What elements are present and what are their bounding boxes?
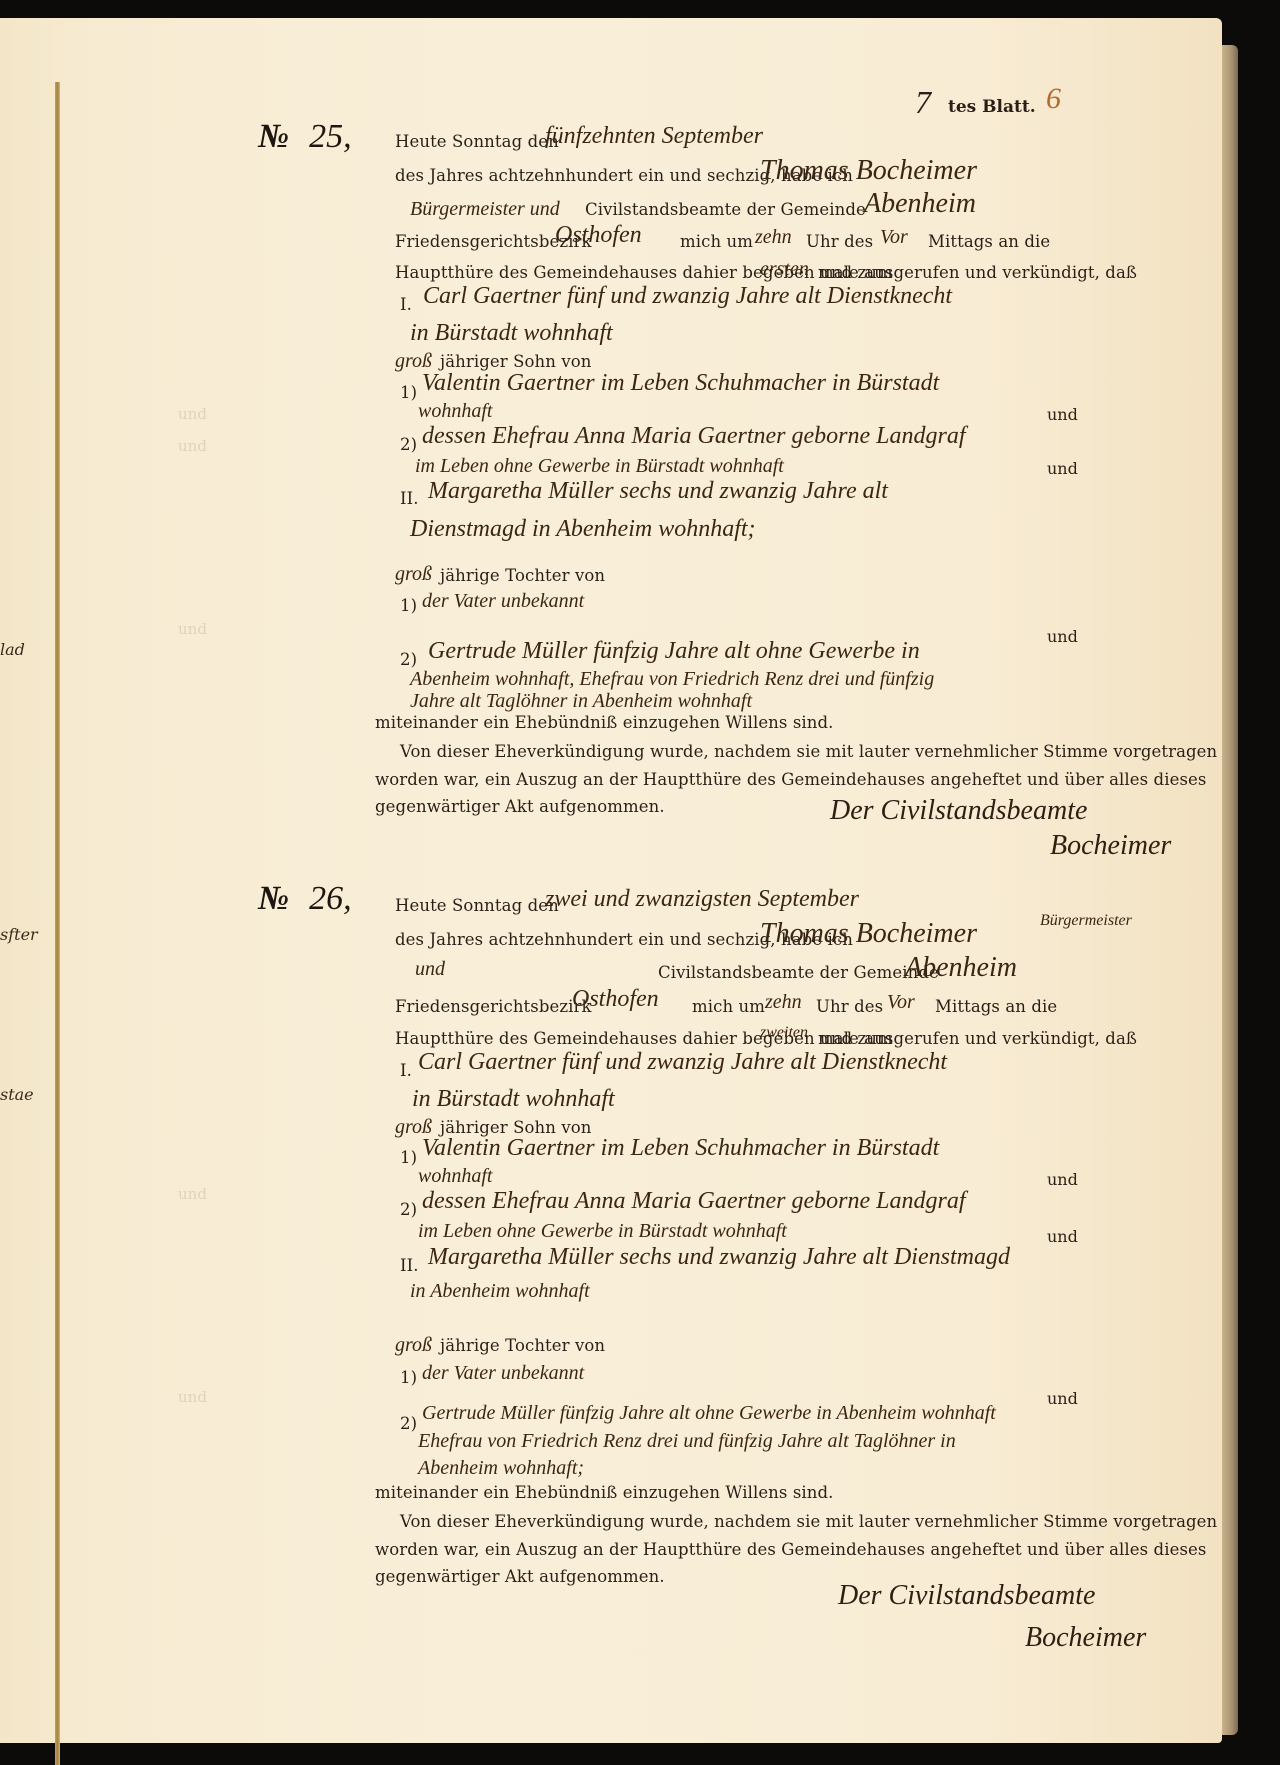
und-label: und: [1047, 459, 1078, 478]
groom-residence: in Bürstadt wohnhaft: [410, 320, 613, 347]
groom-residence: in Bürstadt wohnhaft: [412, 1086, 615, 1113]
closing-text: Von dieser Eheverkündigung wurde, nachde…: [400, 1512, 1217, 1531]
groom-details: Carl Gaertner fünf und zwanzig Jahre alt…: [423, 283, 952, 310]
entry-number: №26,: [258, 880, 352, 918]
signature-title: Der Civilstandsbeamte: [830, 795, 1087, 827]
am-pm-field: Vor: [880, 226, 908, 249]
entry-number: №25,: [258, 118, 352, 156]
groom-father-residence: wohnhaft: [418, 1165, 492, 1188]
sheet-label: tes Blatt.: [948, 97, 1036, 117]
printed-text: Civilstandsbeamte der Gemeinde: [658, 963, 939, 982]
printed-text: mich um: [680, 232, 753, 251]
closing-text: Von dieser Eheverkündigung wurde, nachde…: [400, 742, 1217, 761]
printed-text: Mittags an die: [935, 997, 1057, 1016]
groom-father: Valentin Gaertner im Leben Schuhmacher i…: [422, 1135, 939, 1162]
printed-text: 1): [400, 1148, 417, 1167]
bride-label: II.: [400, 489, 419, 508]
printed-text: male ausgerufen und verkündigt, daß: [818, 263, 1137, 282]
signature: Bocheimer: [1050, 830, 1171, 862]
printed-text: jährige Tochter von: [440, 566, 605, 585]
printed-text: Heute Sonntag den: [395, 896, 559, 915]
und-label: und: [1047, 1227, 1078, 1246]
court-district: Osthofen: [555, 222, 642, 249]
und-label: und: [1047, 405, 1078, 424]
bride-mother-husband: Jahre alt Taglöhner in Abenheim wohnhaft: [410, 690, 752, 713]
date-field: zwei und zwanzigsten September: [545, 886, 859, 913]
majority-prefix: groß: [395, 563, 432, 586]
groom-label: I.: [400, 1061, 412, 1080]
signature-title: Der Civilstandsbeamte: [838, 1580, 1095, 1612]
printed-text: Civilstandsbeamte der Gemeinde: [585, 200, 866, 219]
bride-residence: Dienstmagd in Abenheim wohnhaft;: [410, 516, 756, 543]
und-label: und: [1047, 1170, 1078, 1189]
printed-text: 2): [400, 1200, 417, 1219]
printed-text: male ausgerufen und verkündigt, daß: [818, 1029, 1137, 1048]
binding-gutter: [55, 82, 60, 1765]
bride-details: Margaretha Müller sechs und zwanzig Jahr…: [428, 478, 888, 505]
printed-text: 1): [400, 383, 417, 402]
printed-text: Uhr des: [816, 997, 883, 1016]
municipality: Abenheim: [905, 952, 1017, 984]
printed-text: Uhr des: [806, 232, 873, 251]
officer-title: und: [415, 958, 445, 981]
date-field: fünfzehnten September: [545, 123, 763, 150]
officer-name: Thomas Bocheimer: [760, 918, 977, 950]
bride-residence: in Abenheim wohnhaft: [410, 1280, 590, 1303]
bride-mother-residence: Abenheim wohnhaft;: [418, 1457, 584, 1480]
officer-title: Bürgermeister: [1040, 912, 1132, 930]
printed-text: Mittags an die: [928, 232, 1050, 251]
bride-mother-husband: Ehefrau von Friedrich Renz drei und fünf…: [418, 1430, 956, 1453]
court-district: Osthofen: [572, 986, 659, 1013]
officer-title: Bürgermeister und: [410, 198, 560, 221]
sheet-number: 7: [915, 84, 931, 121]
bride-mother: Gertrude Müller fünfzig Jahre alt ohne G…: [422, 1402, 996, 1425]
groom-details: Carl Gaertner fünf und zwanzig Jahre alt…: [418, 1049, 947, 1076]
printed-text: Friedensgerichtsbezirk: [395, 997, 592, 1016]
margin-fragment: lad: [0, 640, 25, 659]
proclamation-count: ersten: [760, 258, 809, 281]
groom-father-residence: wohnhaft: [418, 400, 492, 423]
printed-text: 2): [400, 650, 417, 669]
pencil-mark: 6: [1046, 82, 1061, 116]
bride-father: der Vater unbekannt: [422, 1362, 584, 1385]
groom-mother-residence: im Leben ohne Gewerbe in Bürstadt wohnha…: [418, 1220, 787, 1243]
closing-text: gegenwärtiger Akt aufgenommen.: [375, 797, 665, 816]
bride-label: II.: [400, 1256, 419, 1275]
groom-father: Valentin Gaertner im Leben Schuhmacher i…: [422, 370, 939, 397]
bride-mother: Gertrude Müller fünfzig Jahre alt ohne G…: [428, 638, 920, 665]
closing-text: worden war, ein Auszug an der Hauptthüre…: [375, 770, 1206, 789]
closing-text: miteinander ein Ehebündniß einzugehen Wi…: [375, 713, 834, 732]
printed-text: jähriger Sohn von: [440, 352, 592, 371]
hour-field: zehn: [755, 226, 792, 249]
bride-mother-details: Abenheim wohnhaft, Ehefrau von Friedrich…: [410, 668, 934, 691]
printed-text: 1): [400, 596, 417, 615]
proclamation-count: zweiten: [760, 1024, 808, 1042]
margin-fragment: stae: [0, 1085, 34, 1104]
groom-mother: dessen Ehefrau Anna Maria Gaertner gebor…: [422, 1188, 966, 1215]
groom-mother-residence: im Leben ohne Gewerbe in Bürstadt wohnha…: [415, 455, 784, 478]
groom-mother: dessen Ehefrau Anna Maria Gaertner gebor…: [422, 423, 966, 450]
signature: Bocheimer: [1025, 1622, 1146, 1654]
closing-text: worden war, ein Auszug an der Hauptthüre…: [375, 1540, 1206, 1559]
municipality: Abenheim: [864, 188, 976, 220]
printed-text: 2): [400, 1414, 417, 1433]
und-label: und: [1047, 627, 1078, 646]
printed-text: Heute Sonntag den: [395, 132, 559, 151]
closing-text: gegenwärtiger Akt aufgenommen.: [375, 1567, 665, 1586]
bride-details: Margaretha Müller sechs und zwanzig Jahr…: [428, 1244, 1010, 1271]
printed-text: 2): [400, 435, 417, 454]
hour-field: zehn: [765, 991, 802, 1014]
bride-father: der Vater unbekannt: [422, 590, 584, 613]
printed-text: jährige Tochter von: [440, 1336, 605, 1355]
closing-text: miteinander ein Ehebündniß einzugehen Wi…: [375, 1483, 834, 1502]
printed-text: mich um: [692, 997, 765, 1016]
officer-name: Thomas Bocheimer: [760, 155, 977, 187]
page-stack-edge: [1222, 45, 1238, 1735]
majority-prefix: groß: [395, 1334, 432, 1357]
und-label: und: [1047, 1389, 1078, 1408]
am-pm-field: Vor: [887, 991, 915, 1014]
margin-fragment: sfter: [0, 925, 38, 944]
groom-label: I.: [400, 295, 412, 314]
printed-text: 1): [400, 1368, 417, 1387]
